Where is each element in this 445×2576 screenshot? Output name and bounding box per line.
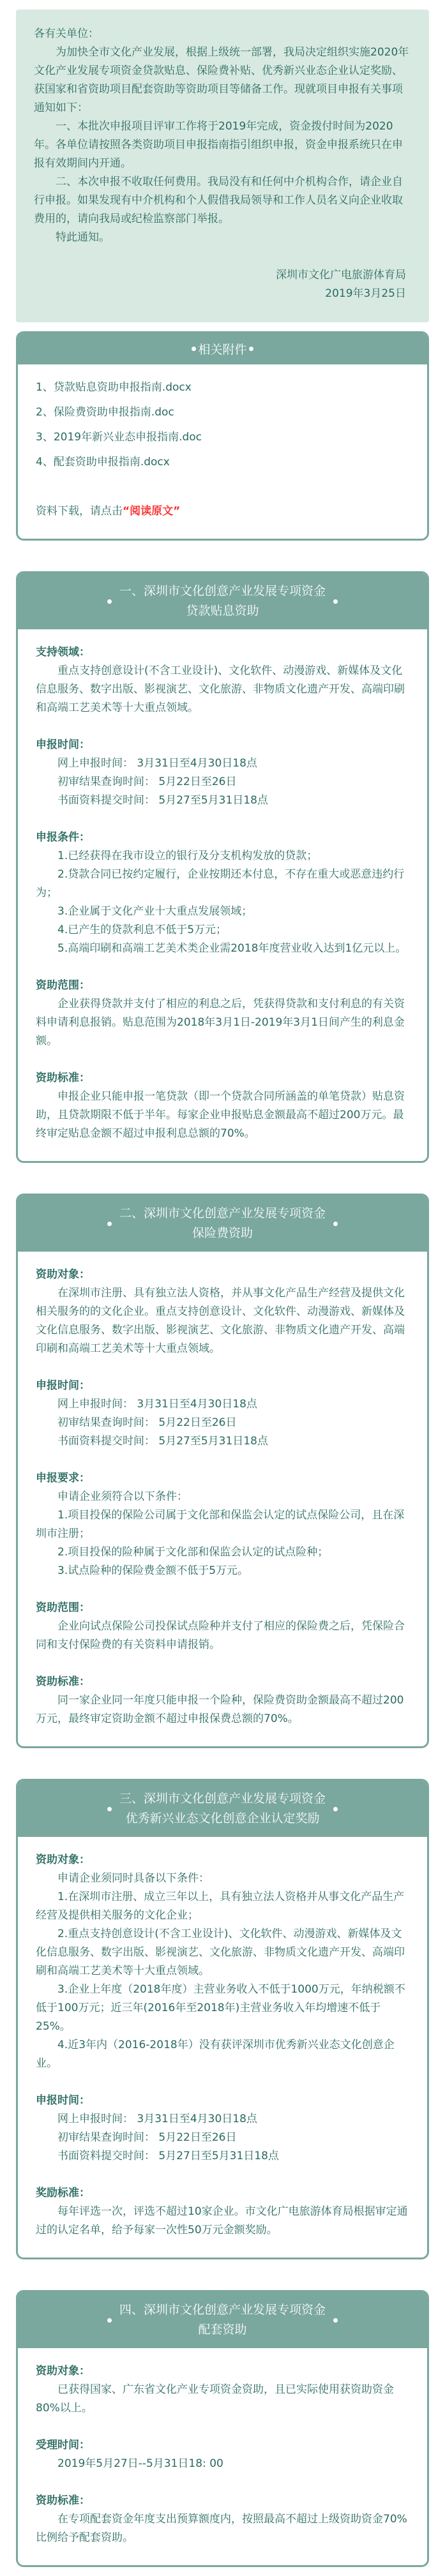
download-hint: 资料下载，请点击“阅读原文” — [36, 502, 409, 521]
block-label: 资助对象： — [36, 1851, 409, 1869]
section-title-line2: 贷款贴息资助 — [119, 601, 326, 621]
block-paragraph: 申请企业须同时具备以下条件： — [36, 1869, 409, 1888]
content-block: 申报条件：1.已经获得在我市设立的银行及分支机构发放的贷款；2.贷款合同已按约定… — [36, 828, 409, 958]
block-paragraph: 4.近3年内（2016-2018年）没有获评深圳市优秀新兴业态文化创意企业。 — [36, 2036, 409, 2073]
signature-date: 2019年3月25日 — [34, 285, 406, 303]
notice-paragraph: 特此通知。 — [34, 228, 411, 247]
block-paragraph: 3.企业上年度（2018年度）主营业务收入不低于1000万元，年纳税额不低于10… — [36, 1981, 409, 2036]
block-paragraph: 每年评选一次，评选不超过10家企业。市文化广电旅游体育局根据审定通过的认定名单，… — [36, 2203, 409, 2240]
block-paragraph: 在深圳市注册、具有独立法人资格，并从事文化产品生产经营及提供文化相关服务的的文化… — [36, 1284, 409, 1358]
content-block: 受理时间：2019年5月27日--5月31日18: 00 — [36, 2436, 409, 2473]
block-paragraph: 网上申报时间： 3月31日至4月30日18点 — [36, 2110, 409, 2129]
content-block: 奖励标准：每年评选一次，评选不超过10家企业。市文化广电旅游体育局根据审定通过的… — [36, 2184, 409, 2240]
section-content: 支持领域：重点支持创意设计(不含工业设计)、文化软件、动漫游戏、新媒体及文化信息… — [18, 629, 427, 1161]
block-label: 申报要求： — [36, 1469, 409, 1488]
fund-section-loan-interest: 一、深圳市文化创意产业发展专项资金 贷款贴息资助 支持领域：重点支持创意设计(不… — [16, 571, 429, 1163]
header-bullet-icon — [107, 1222, 112, 1226]
attachment-item: 4、配套资助申报指南.docx — [36, 453, 409, 472]
notice-paragraph: 为加快全市文化产业发展，根据上级统一部署，我局决定组织实施2020年文化产业发展… — [34, 43, 411, 117]
content-block: 资助标准：在专项配套资金年度支出预算额度内，按照最高不超过上级资助资金70%比例… — [36, 2492, 409, 2547]
content-block: 资助范围：企业获得贷款并支付了相应的利息之后，凭获得贷款和支付利息的有关资料申请… — [36, 977, 409, 1051]
content-block: 申报时间：网上申报时间： 3月31日至4月30日18点初审结果查询时间： 5月2… — [36, 736, 409, 810]
block-paragraph: 初审结果查询时间： 5月22日至26日 — [36, 1414, 409, 1432]
block-label: 资助标准： — [36, 1673, 409, 1691]
content-block: 申报时间：网上申报时间： 3月31日至4月30日18点初审结果查询时间： 5月2… — [36, 2092, 409, 2166]
section-title: 四、深圳市文化创意产业发展专项资金 配套资助 — [119, 2300, 326, 2340]
block-label: 资助标准： — [36, 2492, 409, 2510]
content-block: 资助对象：申请企业须同时具备以下条件：1.在深圳市注册、成立三年以上，具有独立法… — [36, 1851, 409, 2073]
attachment-item: 3、2019年新兴业态申报指南.doc — [36, 428, 409, 447]
header-bullet-icon — [107, 2318, 112, 2323]
block-paragraph: 网上申报时间： 3月31日至4月30日18点 — [36, 1395, 409, 1414]
read-original-link[interactable]: “阅读原文” — [123, 505, 180, 518]
attachment-item: 2、保险费资助申报指南.doc — [36, 403, 409, 422]
content-block: 资助对象：已获得国家、广东省文化产业专项资金资助，且已实际使用获资助资金80%以… — [36, 2362, 409, 2418]
attachments-list: 1、贷款贴息资助申报指南.docx 2、保险费资助申报指南.doc 3、2019… — [18, 364, 427, 539]
section-content: 资助对象：在深圳市注册、具有独立法人资格，并从事文化产品生产经营及提供文化相关服… — [18, 1252, 427, 1746]
content-block: 资助对象：在深圳市注册、具有独立法人资格，并从事文化产品生产经营及提供文化相关服… — [36, 1266, 409, 1358]
section-title-line1: 一、深圳市文化创意产业发展专项资金 — [119, 581, 326, 601]
block-paragraph: 初审结果查询时间： 5月22日至26日 — [36, 773, 409, 791]
block-paragraph: 书面资料提交时间： 5月27至5月31日18点 — [36, 1432, 409, 1451]
notice-paragraph: 一、本批次申报项目评审工作将于2019年完成，资金拨付时间为2020年。各单位请… — [34, 117, 411, 173]
block-label: 资助对象： — [36, 1266, 409, 1284]
block-paragraph: 2.项目投保的险种属于文化部和保监会认定的试点险种； — [36, 1543, 409, 1562]
content-block: 资助标准：申报企业只能申报一笔贷款（即一个贷款合同所涵盖的单笔贷款）贴息资助，且… — [36, 1069, 409, 1143]
block-label: 申报条件： — [36, 828, 409, 847]
block-paragraph: 初审结果查询时间： 5月22日至26日 — [36, 2129, 409, 2147]
fund-section-emerging-enterprise-award: 三、深圳市文化创意产业发展专项资金 优秀新兴业态文化创意企业认定奖励 资助对象：… — [16, 1779, 429, 2259]
block-label: 申报时间： — [36, 2092, 409, 2110]
content-block: 支持领域：重点支持创意设计(不含工业设计)、文化软件、动漫游戏、新媒体及文化信息… — [36, 643, 409, 717]
block-label: 申报时间： — [36, 736, 409, 754]
block-paragraph: 4.已产生的贷款利息不低于5万元； — [36, 921, 409, 940]
block-paragraph: 在专项配套资金年度支出预算额度内，按照最高不超过上级资助资金70%比例给予配套资… — [36, 2510, 409, 2547]
block-label: 资助对象： — [36, 2362, 409, 2381]
block-paragraph: 书面资料提交时间： 5月27日至5月31日18点 — [36, 2147, 409, 2166]
section-header: 二、深圳市文化创意产业发展专项资金 保险费资助 — [18, 1195, 427, 1252]
block-paragraph: 已获得国家、广东省文化产业专项资金资助，且已实际使用获资助资金80%以上。 — [36, 2381, 409, 2418]
block-paragraph: 1.项目投保的保险公司属于文化部和保监会认定的试点保险公司，且在深圳市注册； — [36, 1506, 409, 1543]
header-bullet-icon — [333, 1222, 338, 1226]
section-title-line1: 二、深圳市文化创意产业发展专项资金 — [119, 1204, 326, 1224]
block-label: 申报时间： — [36, 1377, 409, 1395]
section-title-line2: 配套资助 — [119, 2320, 326, 2340]
block-paragraph: 2.贷款合同已按约定履行，企业按期还本付息，不存在重大或恶意违约行为； — [36, 865, 409, 902]
download-hint-text: 资料下载，请点击 — [36, 505, 123, 518]
header-bullet-icon — [249, 347, 253, 351]
header-bullet-icon — [333, 1807, 338, 1811]
block-paragraph: 申请企业须符合以下条件： — [36, 1488, 409, 1506]
header-bullet-icon — [192, 347, 196, 351]
block-label: 资助范围： — [36, 977, 409, 995]
section-title-line1: 三、深圳市文化创意产业发展专项资金 — [119, 1789, 326, 1809]
section-header: 三、深圳市文化创意产业发展专项资金 优秀新兴业态文化创意企业认定奖励 — [18, 1781, 427, 1837]
section-header: 四、深圳市文化创意产业发展专项资金 配套资助 — [18, 2292, 427, 2348]
attachments-title: 相关附件 — [198, 340, 246, 357]
notice-salutation: 各有关单位： — [34, 25, 411, 43]
section-header: 一、深圳市文化创意产业发展专项资金 贷款贴息资助 — [18, 573, 427, 629]
block-paragraph: 企业向试点保险公司投保试点险种并支付了相应的保险费之后，凭保险合同和支付保险费的… — [36, 1617, 409, 1654]
notice-paragraph: 二、本次申报不收取任何费用。我局没有和任何中介机构合作，请企业自行申报。如果发现… — [34, 173, 411, 228]
block-paragraph: 3.企业属于文化产业十大重点发展领域； — [36, 902, 409, 921]
block-paragraph: 5.高端印刷和高端工艺美术类企业需2018年度营业收入达到1亿元以上。 — [36, 940, 409, 958]
block-label: 受理时间： — [36, 2436, 409, 2455]
block-paragraph: 1.在深圳市注册、成立三年以上，具有独立法人资格并从事文化产品生产经营及提供相关… — [36, 1888, 409, 1925]
content-block: 申报时间：网上申报时间： 3月31日至4月30日18点初审结果查询时间： 5月2… — [36, 1377, 409, 1451]
article-page: 各有关单位： 为加快全市文化产业发展，根据上级统一部署，我局决定组织实施2020… — [0, 10, 445, 2576]
block-paragraph: 书面资料提交时间： 5月27至5月31日18点 — [36, 791, 409, 810]
signature-block: 深圳市文化广电旅游体育局 2019年3月25日 — [34, 266, 411, 303]
signature-org: 深圳市文化广电旅游体育局 — [34, 266, 406, 285]
block-label: 奖励标准： — [36, 2184, 409, 2203]
block-paragraph: 同一家企业同一年度只能申报一个险种，保险费资助金额最高不超过200万元，最终审定… — [36, 1691, 409, 1728]
fund-section-matching-grant: 四、深圳市文化创意产业发展专项资金 配套资助 资助对象：已获得国家、广东省文化产… — [16, 2290, 429, 2567]
header-bullet-icon — [107, 599, 112, 604]
block-label: 资助范围： — [36, 1599, 409, 1617]
header-bullet-icon — [333, 2318, 338, 2323]
attachments-card: 相关附件 1、贷款贴息资助申报指南.docx 2、保险费资助申报指南.doc 3… — [16, 331, 429, 541]
block-label: 资助标准： — [36, 1069, 409, 1088]
section-title-line2: 优秀新兴业态文化创意企业认定奖励 — [119, 1809, 326, 1829]
block-paragraph: 网上申报时间： 3月31日至4月30日18点 — [36, 754, 409, 773]
section-title: 一、深圳市文化创意产业发展专项资金 贷款贴息资助 — [119, 581, 326, 621]
section-title: 三、深圳市文化创意产业发展专项资金 优秀新兴业态文化创意企业认定奖励 — [119, 1789, 326, 1829]
section-content: 资助对象：已获得国家、广东省文化产业专项资金资助，且已实际使用获资助资金80%以… — [18, 2348, 427, 2565]
block-paragraph: 2.重点支持创意设计(不含工业设计)、文化软件、动漫游戏、新媒体及文化信息服务、… — [36, 1925, 409, 1981]
block-label: 支持领域： — [36, 643, 409, 662]
header-bullet-icon — [107, 1807, 112, 1811]
content-block: 资助标准：同一家企业同一年度只能申报一个险种，保险费资助金额最高不超过200万元… — [36, 1673, 409, 1728]
header-bullet-icon — [333, 599, 338, 604]
section-title-line1: 四、深圳市文化创意产业发展专项资金 — [119, 2300, 326, 2320]
content-block: 资助范围：企业向试点保险公司投保试点险种并支付了相应的保险费之后，凭保险合同和支… — [36, 1599, 409, 1654]
section-title-line2: 保险费资助 — [119, 1224, 326, 1243]
content-block: 申报要求：申请企业须符合以下条件：1.项目投保的保险公司属于文化部和保监会认定的… — [36, 1469, 409, 1580]
block-paragraph: 企业获得贷款并支付了相应的利息之后，凭获得贷款和支付利息的有关资料申请利息报销。… — [36, 995, 409, 1051]
block-paragraph: 重点支持创意设计(不含工业设计)、文化软件、动漫游戏、新媒体及文化信息服务、数字… — [36, 662, 409, 717]
attachment-item: 1、贷款贴息资助申报指南.docx — [36, 378, 409, 397]
attachments-header: 相关附件 — [18, 333, 427, 364]
notice-section: 各有关单位： 为加快全市文化产业发展，根据上级统一部署，我局决定组织实施2020… — [16, 10, 429, 322]
block-paragraph: 1.已经获得在我市设立的银行及分支机构发放的贷款； — [36, 847, 409, 865]
fund-section-insurance: 二、深圳市文化创意产业发展专项资金 保险费资助 资助对象：在深圳市注册、具有独立… — [16, 1194, 429, 1748]
block-paragraph: 3.试点险种的保险费金额不低于5万元。 — [36, 1562, 409, 1580]
block-paragraph: 2019年5月27日--5月31日18: 00 — [36, 2455, 409, 2473]
block-paragraph: 申报企业只能申报一笔贷款（即一个贷款合同所涵盖的单笔贷款）贴息资助，且贷款期限不… — [36, 1088, 409, 1143]
section-content: 资助对象：申请企业须同时具备以下条件：1.在深圳市注册、成立三年以上，具有独立法… — [18, 1837, 427, 2258]
section-title: 二、深圳市文化创意产业发展专项资金 保险费资助 — [119, 1204, 326, 1243]
